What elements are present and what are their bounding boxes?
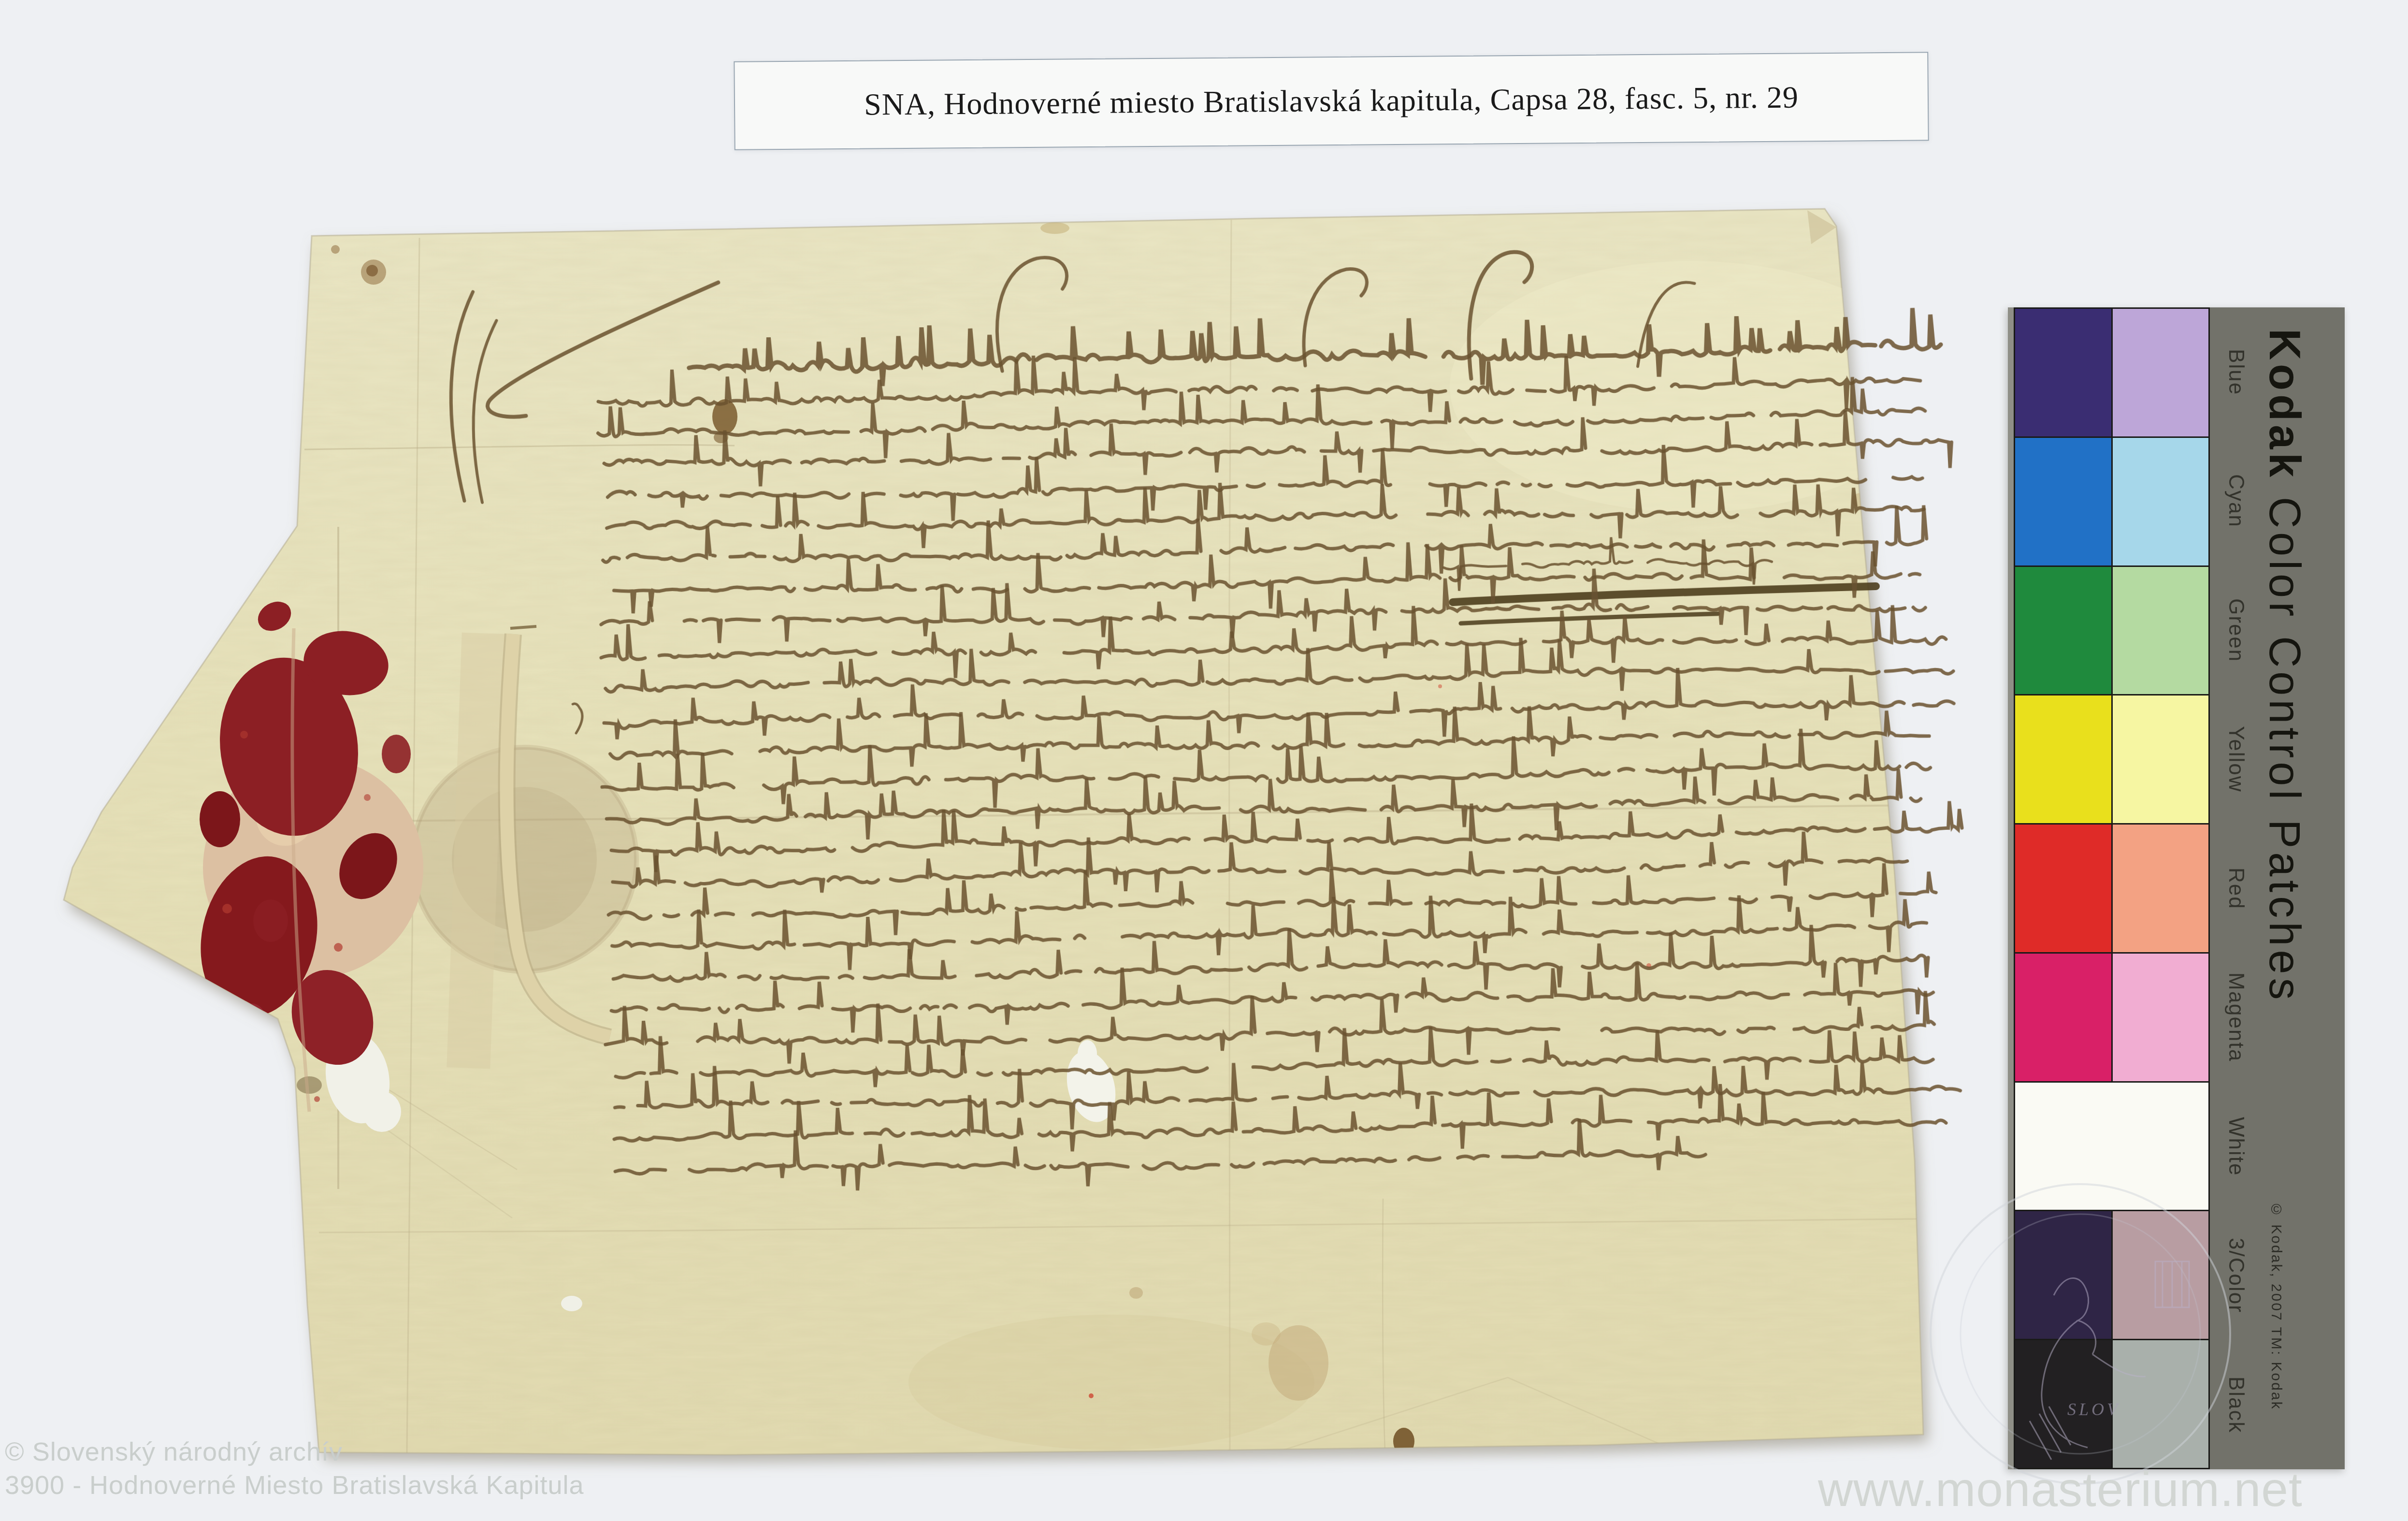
kodak-row-3color xyxy=(2015,1211,2208,1339)
kodak-patch-light xyxy=(2113,438,2209,565)
strip-edge xyxy=(2008,307,2014,1469)
kodak-row-label-text: Red xyxy=(2224,868,2248,910)
archive-label-text: SNA, Hodnoverné miesto Bratislavská kapi… xyxy=(864,79,1799,122)
kodak-patch-light xyxy=(2113,567,2209,695)
kodak-row-label: 3/Color xyxy=(2214,1211,2258,1340)
kodak-row-cyan xyxy=(2015,438,2208,565)
kodak-row-yellow xyxy=(2015,695,2208,823)
kodak-patch xyxy=(2015,1083,2208,1210)
scan-page: { "page": { "background": "#eef0f3" }, "… xyxy=(0,0,2408,1521)
kodak-patch-dark xyxy=(2015,567,2111,695)
kodak-row-red xyxy=(2015,825,2208,952)
kodak-patch-dark xyxy=(2015,1211,2111,1339)
watermark-reference-line: 3900 - Hodnoverné Miesto Bratislavská Ka… xyxy=(5,1469,584,1502)
archive-label: SNA, Hodnoverné miesto Bratislavská kapi… xyxy=(734,52,1929,150)
kodak-row-label: Green xyxy=(2214,565,2258,695)
kodak-patch-light xyxy=(2113,695,2209,823)
kodak-patch-dark xyxy=(2015,825,2111,952)
kodak-brand-text: Kodak xyxy=(2260,329,2308,481)
kodak-patch-dark xyxy=(2015,438,2111,565)
kodak-row-label-text: 3/Color xyxy=(2224,1238,2248,1313)
kodak-patch-dark xyxy=(2015,1340,2111,1468)
kodak-patch-light xyxy=(2113,1340,2209,1468)
kodak-row-label-text: White xyxy=(2224,1117,2248,1176)
kodak-row-label-text: Yellow xyxy=(2224,726,2248,793)
kodak-patch-dark xyxy=(2015,309,2111,436)
kodak-gray-bar: BlueCyanGreenYellowRedMagentaWhite3/Colo… xyxy=(2210,307,2345,1469)
kodak-row-white xyxy=(2015,1083,2208,1210)
kodak-copyright-text: © Kodak, 2007 TM: Kodak xyxy=(2268,1202,2284,1410)
kodak-patch-grid xyxy=(2014,307,2210,1469)
kodak-patch-dark xyxy=(2015,695,2111,823)
kodak-row-black xyxy=(2015,1340,2208,1468)
kodak-title-rest: Color Control Patches xyxy=(2260,481,2308,1003)
monasterium-watermark: www.monasterium.net xyxy=(1818,1462,2303,1518)
kodak-patch-light xyxy=(2113,1211,2209,1339)
kodak-row-label: Cyan xyxy=(2214,436,2258,565)
kodak-row-label: White xyxy=(2214,1082,2258,1211)
kodak-row-label: Red xyxy=(2214,824,2258,953)
kodak-row-blue xyxy=(2015,309,2208,436)
kodak-patch-dark xyxy=(2015,954,2111,1081)
kodak-row-label-text: Green xyxy=(2224,598,2248,662)
kodak-patch-light xyxy=(2113,309,2209,436)
kodak-row-label-text: Magenta xyxy=(2224,972,2248,1062)
watermark-copyright-line: © Slovenský národný archív xyxy=(5,1435,584,1469)
kodak-row-label: Blue xyxy=(2214,307,2258,436)
kodak-patch-light xyxy=(2113,825,2209,952)
kodak-row-label-text: Cyan xyxy=(2224,474,2248,528)
kodak-row-magenta xyxy=(2015,954,2208,1081)
kodak-row-label: Magenta xyxy=(2214,953,2258,1082)
kodak-label-column: BlueCyanGreenYellowRedMagentaWhite3/Colo… xyxy=(2214,307,2258,1469)
kodak-color-strip: BlueCyanGreenYellowRedMagentaWhite3/Colo… xyxy=(2008,307,2345,1469)
kodak-patch-light xyxy=(2113,954,2209,1081)
kodak-row-label-text: Black xyxy=(2224,1376,2248,1434)
archive-watermark: © Slovenský národný archív 3900 - Hodnov… xyxy=(5,1435,584,1502)
kodak-row-label: Black xyxy=(2214,1340,2258,1469)
kodak-row-label: Yellow xyxy=(2214,695,2258,824)
kodak-row-label-text: Blue xyxy=(2224,349,2248,395)
kodak-row-green xyxy=(2015,567,2208,695)
